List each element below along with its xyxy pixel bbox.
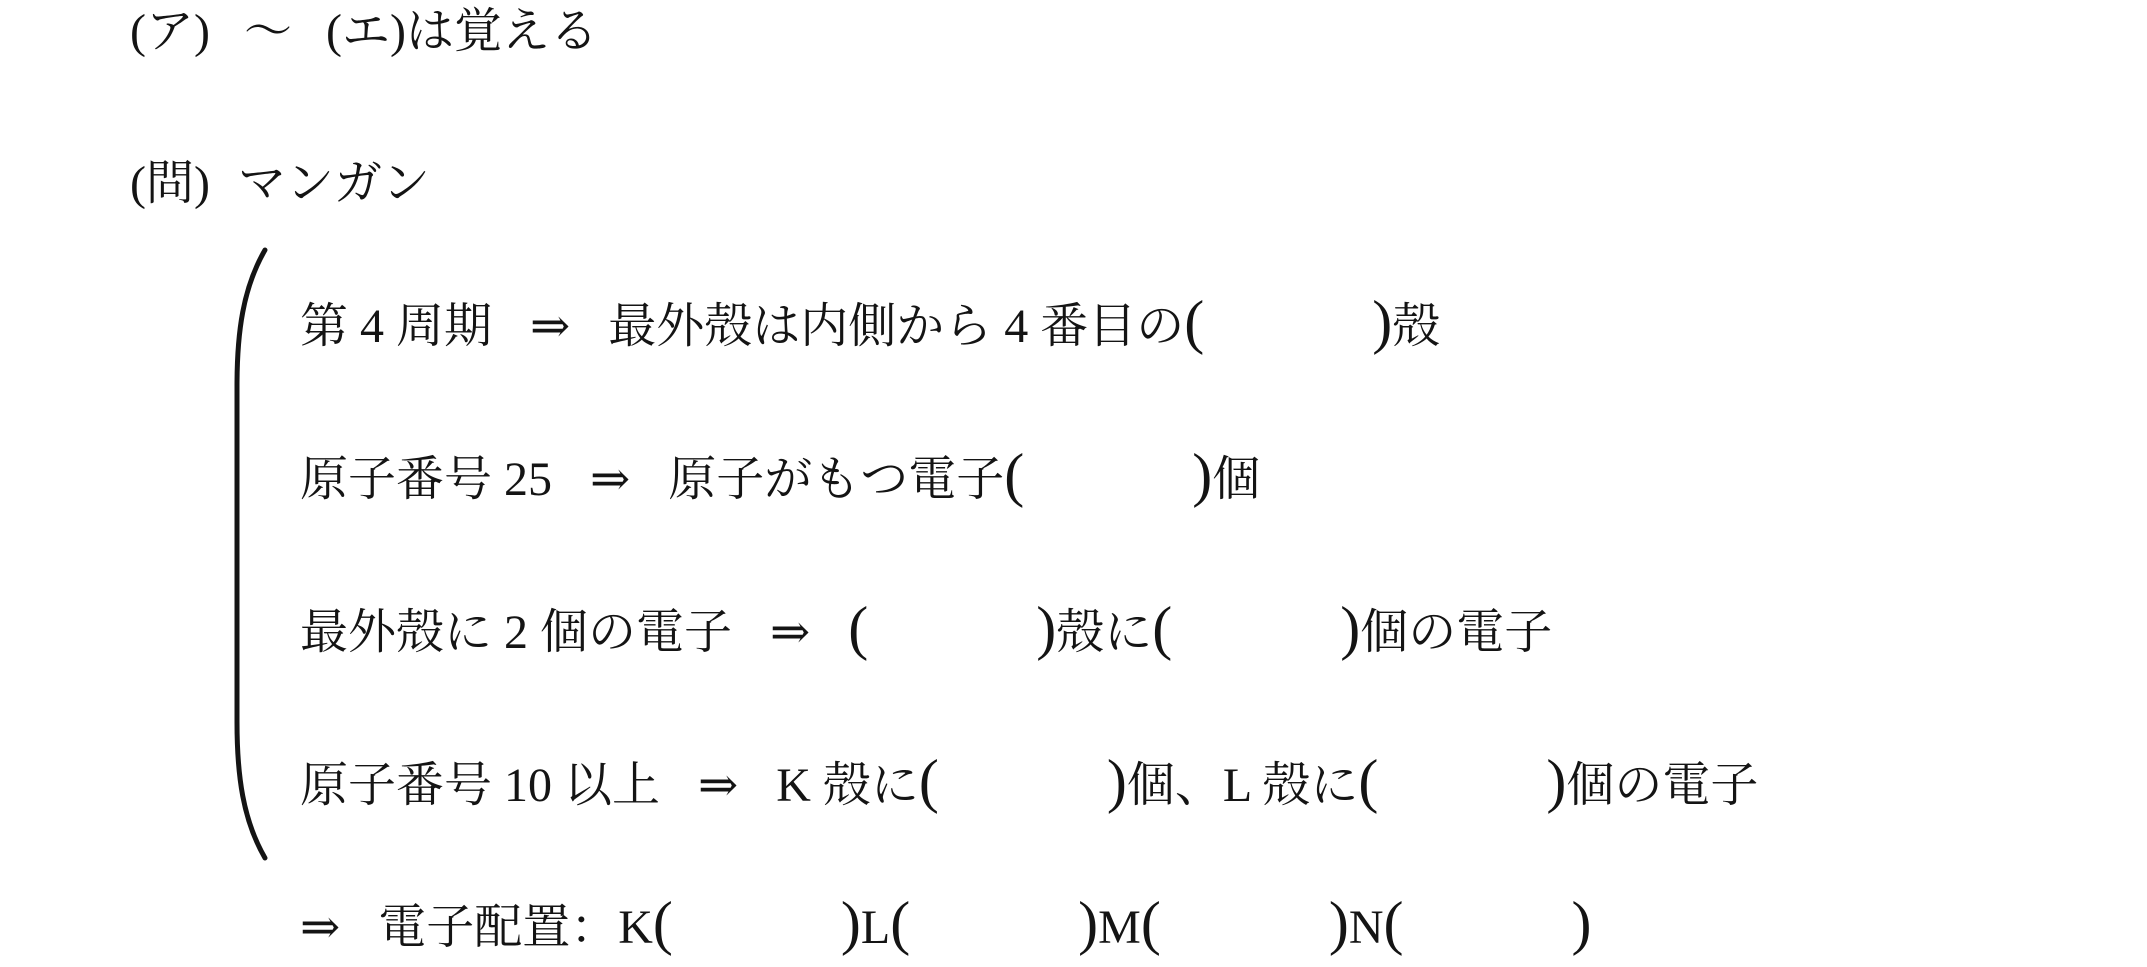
bracket-line-atomic-number-25: 原子番号 25⇒原子がもつ電子()個 <box>300 456 1260 504</box>
blank-close-paren: ) <box>1078 890 1098 956</box>
implies-arrow: ⇒ <box>590 456 630 504</box>
blank-close-paren: ) <box>841 890 861 956</box>
blank-field <box>939 800 1107 801</box>
implies-arrow: ⇒ <box>530 303 570 351</box>
text-run: 殻に <box>1056 606 1152 659</box>
tilde-range-symbol: ～ <box>244 5 292 58</box>
blank-close-paren: ) <box>1192 442 1212 508</box>
blank-field <box>1161 942 1329 943</box>
blank-close-paren: ) <box>1546 748 1566 814</box>
text-run: 個 <box>1212 453 1260 506</box>
blank-open-paren: ( <box>1141 890 1161 956</box>
question-topic: マンガン <box>238 157 430 210</box>
text-run: N <box>1349 901 1384 954</box>
big-left-parenthesis-icon <box>228 244 274 864</box>
blank-open-paren: ( <box>848 595 868 661</box>
text-run: 最外殻に 2 個の電子 <box>300 606 732 659</box>
question-label: (問) <box>130 157 210 210</box>
text-run: 原子がもつ電子 <box>668 453 1004 506</box>
text-run: 個の電子 <box>1360 606 1552 659</box>
memo-range-end: (エ)は覚える <box>326 5 598 58</box>
implies-arrow: ⇒ <box>300 904 340 952</box>
blank-close-paren: ) <box>1036 595 1056 661</box>
blank-field <box>1024 494 1192 495</box>
text-run: 原子番号 10 以上 <box>300 759 660 812</box>
text-run: K 殻に <box>776 759 919 812</box>
blank-open-paren: ( <box>1358 748 1378 814</box>
worksheet-page: (ア)～(エ)は覚える (問)マンガン 第 4 周期⇒最外殻は内側から 4 番目… <box>0 0 2147 967</box>
text-run: M <box>1098 901 1141 954</box>
conclusion-electron-configuration: ⇒電子配置：K()L()M()N() <box>300 904 1591 952</box>
blank-field <box>1172 647 1340 648</box>
bracket-line-outermost-shell: 最外殻に 2 個の電子⇒()殻に()個の電子 <box>300 609 1552 657</box>
bracket-line-period: 第 4 周期⇒最外殻は内側から 4 番目の()殻 <box>300 303 1440 351</box>
blank-field <box>868 647 1036 648</box>
blank-open-paren: ( <box>890 890 910 956</box>
memo-range-start: (ア) <box>130 5 210 58</box>
memo-line: (ア)～(エ)は覚える <box>130 8 598 56</box>
blank-close-paren: ) <box>1571 890 1591 956</box>
blank-field <box>1403 942 1571 943</box>
blank-open-paren: ( <box>1383 890 1403 956</box>
blank-open-paren: ( <box>919 748 939 814</box>
blank-field <box>1378 800 1546 801</box>
blank-close-paren: ) <box>1372 289 1392 355</box>
blank-open-paren: ( <box>1184 289 1204 355</box>
bracket-line-atomic-number-10-or-more: 原子番号 10 以上⇒K 殻に()個、L 殻に()個の電子 <box>300 762 1758 810</box>
blank-field <box>673 942 841 943</box>
text-run: 第 4 周期 <box>300 300 492 353</box>
blank-field <box>910 942 1078 943</box>
text-run: 個の電子 <box>1566 759 1758 812</box>
implies-arrow: ⇒ <box>770 609 810 657</box>
blank-close-paren: ) <box>1340 595 1360 661</box>
implies-arrow: ⇒ <box>698 762 738 810</box>
blank-field <box>1204 341 1372 342</box>
text-run: 殻 <box>1392 300 1440 353</box>
blank-close-paren: ) <box>1107 748 1127 814</box>
blank-close-paren: ) <box>1329 890 1349 956</box>
blank-open-paren: ( <box>653 890 673 956</box>
text-run: 電子配置：K <box>378 901 653 954</box>
question-line: (問)マンガン <box>130 160 430 208</box>
text-run: 原子番号 25 <box>300 453 552 506</box>
text-run: 最外殻は内側から 4 番目の <box>608 300 1184 353</box>
text-run: 個、L 殻に <box>1127 759 1359 812</box>
text-run: L <box>861 901 890 954</box>
blank-open-paren: ( <box>1004 442 1024 508</box>
blank-open-paren: ( <box>1152 595 1172 661</box>
